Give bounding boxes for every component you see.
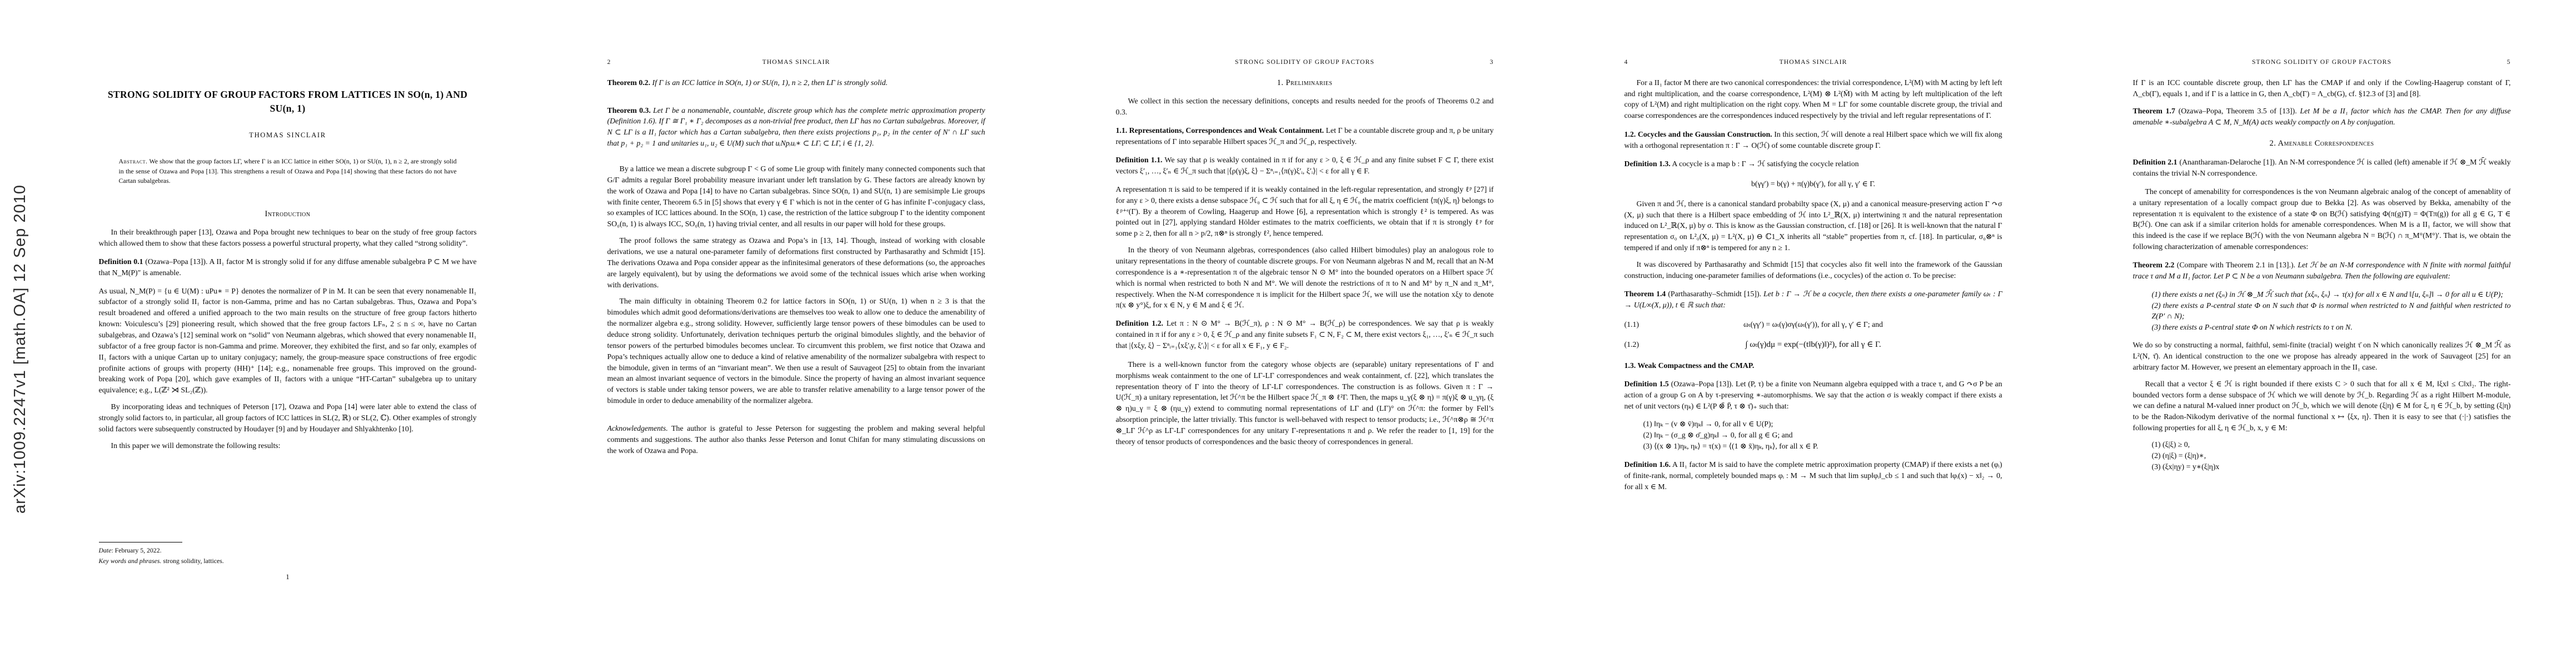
- paragraph: If Γ is an ICC countable discrete group,…: [2133, 77, 2511, 99]
- list: (1) (ξ|ξ) ≥ 0,(2) (η|ξ) = (ξ|η)∗,(3) (ξx…: [2133, 439, 2511, 472]
- list: (1) ‖ηₖ − (v ⊗ v̄)ηₖ‖ → 0, for all v ∈ U…: [1625, 419, 2002, 452]
- acknowledgements: Acknowledgements. The author is grateful…: [607, 423, 985, 456]
- theorem: Definition 0.1 (Ozawa–Popa [13]). A II₁ …: [99, 256, 477, 278]
- footnote-label: Date: [99, 546, 112, 554]
- page-content: 2THOMAS SINCLAIRTheorem 0.2. If Γ is an …: [607, 0, 985, 667]
- theorem-body: Let π : N ⊙ M° → B(ℋ_π), ρ : N ⊙ M° → B(…: [1116, 319, 1494, 350]
- footnote-label: Key words and phrases.: [99, 557, 162, 565]
- theorem: Theorem 0.2. If Γ is an ICC lattice in S…: [607, 77, 985, 88]
- subsection: 1.3. Weak Compactness and the CMAP.: [1625, 360, 2002, 371]
- header-page-number-right: 5: [2489, 58, 2511, 67]
- theorem-note: (Anantharaman-Delaroche [1]).: [2178, 158, 2277, 166]
- theorem-label: Theorem 0.3.: [607, 106, 651, 115]
- paragraph: As usual, N_M(P) = {u ∈ U(M) : uPu∗ = P}…: [99, 286, 477, 396]
- list-item: (3) ⟨(x ⊗ 1)ηₖ, ηₖ⟩ = τ(x) = ⟨(1 ⊗ x̄)ηₖ…: [1640, 441, 2002, 452]
- subsection-label: 1.2. Cocycles and the Gaussian Construct…: [1625, 130, 1772, 138]
- theorem: Definition 1.6. A II₁ factor M is said t…: [1625, 459, 2002, 492]
- paragraph: The concept of amenability for correspon…: [2133, 186, 2511, 252]
- paragraph: For a II₁ factor M there are two canonic…: [1625, 77, 2002, 121]
- theorem-label: Definition 1.1.: [1116, 156, 1163, 164]
- paper-canvas: { "watermark": "arXiv:1009.2247v1 [math.…: [0, 0, 2576, 667]
- footnote-line: Key words and phrases. strong solidity, …: [99, 556, 477, 566]
- page-number: 1: [99, 573, 477, 583]
- page-2: 2THOMAS SINCLAIRTheorem 0.2. If Γ is an …: [542, 0, 1050, 667]
- header-page-number-right: 3: [1472, 58, 1494, 67]
- equation-body: b(γγ′) = b(γ) + π(γ)b(γ′), for all γ, γ′…: [1751, 178, 1875, 190]
- footnote-line: Date: February 5, 2022.: [99, 545, 477, 555]
- pages-container: STRONG SOLIDITY OF GROUP FACTORS FROM LA…: [33, 0, 2576, 667]
- page-5: STRONG SOLIDITY OF GROUP FACTORS5If Γ is…: [2067, 0, 2576, 667]
- theorem-body: If Γ is an ICC lattice in SO(n, 1) or SU…: [650, 78, 888, 87]
- page-header: STRONG SOLIDITY OF GROUP FACTORS3: [1116, 58, 1494, 67]
- paragraph: The main difficulty in obtaining Theorem…: [607, 296, 985, 406]
- subsection: 1.2. Cocycles and the Gaussian Construct…: [1625, 129, 2002, 151]
- theorem-label: Theorem 1.7: [2133, 107, 2175, 115]
- theorem-label: Definition 0.1: [99, 257, 143, 266]
- list-item: (2) (η|ξ) = (ξ|η)∗,: [2149, 450, 2511, 461]
- paragraph: The proof follows the same strategy as O…: [607, 235, 985, 290]
- theorem-label: Definition 1.6.: [1625, 460, 1671, 469]
- theorem-label: Theorem 0.2.: [607, 78, 651, 87]
- section-heading: 2. Amenable Correspondences: [2133, 138, 2511, 150]
- paragraph: A representation π is said to be tempere…: [1116, 184, 1494, 239]
- theorem-body: We say that ρ is weakly contained in π i…: [1116, 156, 1494, 175]
- theorem-note: (Parthasarathy–Schmidt [15]).: [1666, 290, 1761, 298]
- footnote-text: : February 5, 2022.: [111, 546, 161, 554]
- subsection-label: 1.1. Representations, Correspondences an…: [1116, 126, 1324, 135]
- theorem-label: Definition 1.3.: [1625, 160, 1671, 168]
- header-page-number-left: 4: [1625, 58, 1647, 67]
- ack-label: Acknowledgements.: [607, 424, 668, 432]
- abstract-text: We show that the group factors LΓ, where…: [119, 157, 457, 185]
- list-item: (3) there exists a P-central state Φ on …: [2149, 322, 2511, 333]
- section-heading: Introduction: [99, 208, 477, 220]
- list-item: (1) there exists a net (ξₙ) in ℋ ⊗_M ℋ̄ …: [2149, 289, 2511, 300]
- list-item: (2) ‖ηₖ − (σ_g ⊗ σ̄_g)ηₖ‖ → 0, for all g…: [1640, 430, 2002, 441]
- abstract: Abstract. We show that the group factors…: [119, 157, 457, 186]
- theorem-label: Definition 1.2.: [1116, 319, 1163, 327]
- theorem-body: A cocycle is a map b : Γ → ℋ satisfying …: [1671, 160, 1859, 168]
- section-heading: 1. Preliminaries: [1116, 77, 1494, 89]
- author-name: THOMAS SINCLAIR: [99, 130, 477, 140]
- equation-body: ∫ ωₜ(γ)dμ = exp(−(t‖b(γ)‖)²), for all γ …: [1745, 339, 1881, 351]
- list-item: (1) (ξ|ξ) ≥ 0,: [2149, 439, 2511, 450]
- abstract-label: Abstract.: [119, 157, 148, 165]
- running-title: THOMAS SINCLAIR: [630, 58, 963, 67]
- theorem: Theorem 1.7 (Ozawa–Popa, Theorem 3.5 of …: [2133, 106, 2511, 128]
- theorem-note: (Ozawa–Popa [13]).: [143, 257, 208, 266]
- theorem-note: (Compare with Theorem 2.1 in [13].).: [2174, 261, 2295, 269]
- paragraph: By a lattice we mean a discrete subgroup…: [607, 163, 985, 230]
- paper-title: STRONG SOLIDITY OF GROUP FACTORS FROM LA…: [99, 88, 477, 116]
- page-4: 4THOMAS SINCLAIRFor a II₁ factor M there…: [1559, 0, 2067, 667]
- paragraph: In the theory of von Neumann algebras, c…: [1116, 245, 1494, 311]
- arxiv-watermark: arXiv:1009.2247v1 [math.OA] 12 Sep 2010: [9, 185, 32, 514]
- theorem-label: Definition 2.1: [2133, 158, 2178, 166]
- paragraph: We collect in this section the necessary…: [1116, 96, 1494, 118]
- theorem-note: (Ozawa–Popa, Theorem 3.5 of [13]).: [2175, 107, 2297, 115]
- page-header: 2THOMAS SINCLAIR: [607, 58, 985, 67]
- list-item: (2) there exists a P-central state Φ on …: [2149, 300, 2511, 322]
- theorem-label: Theorem 1.4: [1625, 290, 1666, 298]
- running-title: STRONG SOLIDITY OF GROUP FACTORS: [1138, 58, 1472, 67]
- paragraph: There is a well-known functor from the c…: [1116, 359, 1494, 447]
- page-content: STRONG SOLIDITY OF GROUP FACTORS31. Prel…: [1116, 0, 1494, 667]
- paragraph: By incorporating ideas and techniques of…: [99, 401, 477, 435]
- page-content: STRONG SOLIDITY OF GROUP FACTORS FROM LA…: [99, 0, 477, 667]
- running-title: STRONG SOLIDITY OF GROUP FACTORS: [2155, 58, 2489, 67]
- theorem: Theorem 0.3. Let Γ be a nonamenable, cou…: [607, 105, 985, 149]
- theorem-note: (Ozawa–Popa [13]).: [1669, 380, 1733, 388]
- page-content: 4THOMAS SINCLAIRFor a II₁ factor M there…: [1625, 0, 2002, 667]
- running-title: THOMAS SINCLAIR: [1647, 58, 1980, 67]
- paragraph: It was discovered by Parthasarathy and S…: [1625, 259, 2002, 281]
- paragraph: Given π and ℋ, there is a canonical stan…: [1625, 198, 2002, 253]
- equation-tag: (1.1): [1625, 319, 1639, 330]
- footnote-rule: [99, 542, 182, 542]
- theorem-body: A II₁ factor M is said to have the compl…: [1625, 460, 2002, 491]
- page-content: STRONG SOLIDITY OF GROUP FACTORS5If Γ is…: [2133, 0, 2511, 667]
- list: (1) there exists a net (ξₙ) in ℋ ⊗_M ℋ̄ …: [2133, 289, 2511, 333]
- equation: (1.2)∫ ωₜ(γ)dμ = exp(−(t‖b(γ)‖)²), for a…: [1625, 339, 2002, 351]
- list-item: (3) (ξx|ηy) = y∗(ξ|η)x: [2149, 461, 2511, 472]
- theorem: Definition 1.5 (Ozawa–Popa [13]). Let (P…: [1625, 379, 2002, 412]
- theorem-label: Definition 1.5: [1625, 380, 1669, 388]
- footnote-text: strong solidity, lattices.: [161, 557, 223, 565]
- equation-body: ωₜ(γγ′) = ωₜ(γ)σγ(ωₜ(γ′)), for all γ, γ′…: [1743, 319, 1883, 330]
- theorem: Theorem 2.2 (Compare with Theorem 2.1 in…: [2133, 260, 2511, 282]
- theorem-body: Let Γ be a nonamenable, countable, discr…: [607, 106, 985, 148]
- list-item: (1) ‖ηₖ − (v ⊗ v̄)ηₖ‖ → 0, for all v ∈ U…: [1640, 419, 2002, 430]
- page-header: STRONG SOLIDITY OF GROUP FACTORS5: [2133, 58, 2511, 67]
- equation: (1.1)ωₜ(γγ′) = ωₜ(γ)σγ(ωₜ(γ′)), for all …: [1625, 319, 2002, 330]
- theorem: Definition 2.1 (Anantharaman-Delaroche […: [2133, 157, 2511, 179]
- page-header: 4THOMAS SINCLAIR: [1625, 58, 2002, 67]
- paragraph: In their breakthrough paper [13], Ozawa …: [99, 227, 477, 249]
- footnote: Date: February 5, 2022.Key words and phr…: [99, 542, 477, 566]
- paragraph: Recall that a vector ξ ∈ ℋ is right boun…: [2133, 379, 2511, 434]
- subsection: 1.1. Representations, Correspondences an…: [1116, 125, 1494, 147]
- header-page-number-left: 2: [607, 58, 630, 67]
- theorem: Definition 1.2. Let π : N ⊙ M° → B(ℋ_π),…: [1116, 318, 1494, 351]
- theorem: Definition 1.1. We say that ρ is weakly …: [1116, 155, 1494, 177]
- subsection-label: 1.3. Weak Compactness and the CMAP.: [1625, 361, 1755, 370]
- theorem-label: Theorem 2.2: [2133, 261, 2175, 269]
- theorem: Definition 1.3. A cocycle is a map b : Γ…: [1625, 158, 2002, 170]
- paragraph: In this paper we will demonstrate the fo…: [99, 440, 477, 451]
- equation: b(γγ′) = b(γ) + π(γ)b(γ′), for all γ, γ′…: [1625, 178, 2002, 190]
- equation-tag: (1.2): [1625, 339, 1639, 350]
- page-3: STRONG SOLIDITY OF GROUP FACTORS31. Prel…: [1050, 0, 1559, 667]
- paragraph: We do so by constructing a normal, faith…: [2133, 340, 2511, 373]
- theorem: Theorem 1.4 (Parthasarathy–Schmidt [15])…: [1625, 288, 2002, 311]
- page-1: STRONG SOLIDITY OF GROUP FACTORS FROM LA…: [33, 0, 542, 667]
